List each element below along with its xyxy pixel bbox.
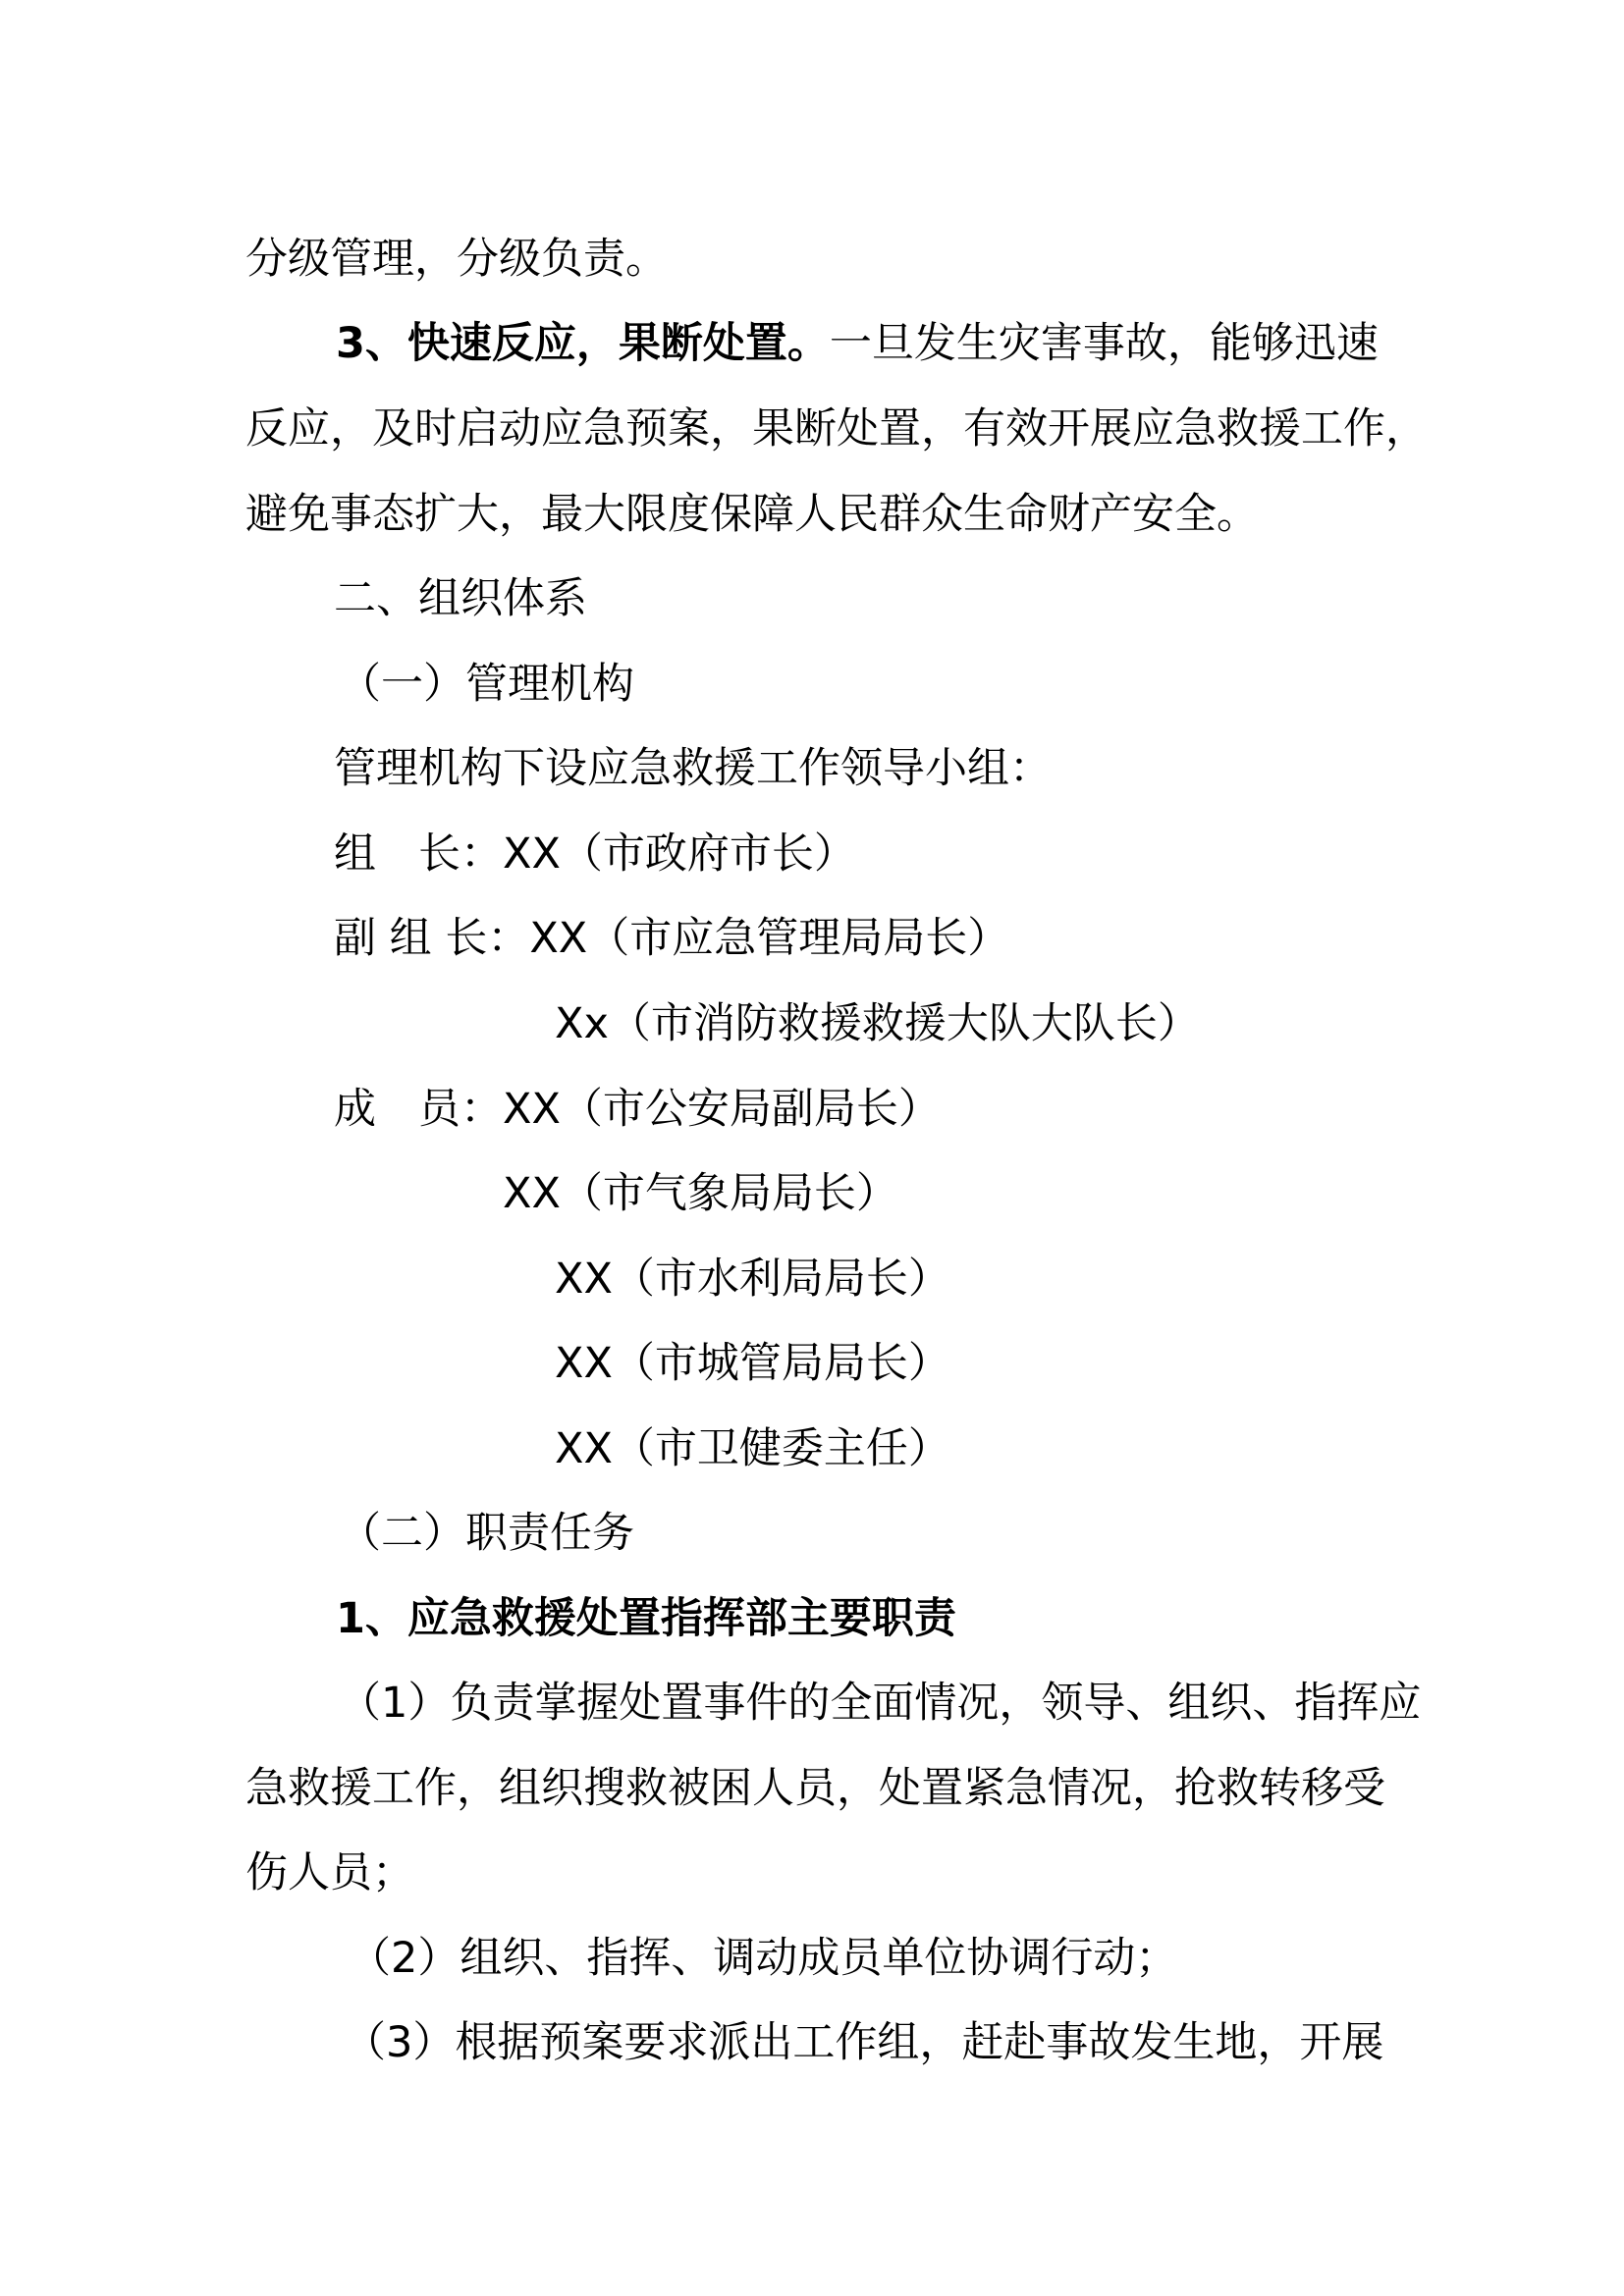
paragraph-line: （3）根据预案要求派出工作组，赶赴事故发生地，开展: [344, 2013, 1383, 2072]
section-heading-organization: 二、组织体系: [334, 569, 587, 628]
paragraph-line: 管理机构下设应急救援工作领导小组：: [334, 739, 1052, 798]
principle-3-line: 3、快速反应，果断处置。一旦发生灾害事故，能够迅速: [336, 314, 1379, 373]
member-line: 成 员：XX（市公安局副局长）: [334, 1080, 941, 1139]
group-leader-line: 组 长：XX（市政府市长）: [334, 825, 856, 883]
deputy-leader-line-2: Xx（市消防救援救援大队大队长）: [555, 994, 1200, 1053]
paragraph-line: 反应，及时启动应急预案，果断处置，有效开展应急救援工作，: [245, 400, 1428, 458]
paragraph-line: 伤人员；: [245, 1843, 414, 1902]
paragraph-line: 避免事态扩大，最大限度保障人民群众生命财产安全。: [245, 485, 1259, 544]
paragraph-line: （2）组织、指挥、调动成员单位协调行动；: [349, 1929, 1177, 1988]
paragraph-line: 分级管理，分级负责。: [245, 230, 668, 289]
paragraph-line: （1）负责掌握处置事件的全面情况，领导、组织、指挥应: [339, 1674, 1421, 1733]
member-line: XX（市气象局局长）: [503, 1164, 898, 1223]
principle-3-text: 一旦发生灾害事故，能够迅速: [830, 319, 1379, 368]
document-page: 分级管理，分级负责。 3、快速反应，果断处置。一旦发生灾害事故，能够迅速 反应，…: [0, 0, 1624, 2296]
subsection-heading-duties: （二）职责任务: [339, 1504, 634, 1563]
member-line: XX（市城管局局长）: [555, 1334, 950, 1393]
member-line: XX（市卫健委主任）: [555, 1419, 950, 1478]
member-line: XX（市水利局局长）: [555, 1250, 950, 1308]
duties-heading-command: 1、应急救援处置指挥部主要职责: [336, 1589, 956, 1648]
paragraph-line: 急救援工作，组织搜救被困人员，处置紧急情况，抢救转移受: [245, 1759, 1385, 1818]
deputy-leader-line: 副 组 长：XX（市应急管理局局长）: [334, 909, 1009, 968]
subsection-heading-management: （一）管理机构: [339, 655, 634, 714]
principle-3-heading: 3、快速反应，果断处置。: [336, 319, 830, 368]
